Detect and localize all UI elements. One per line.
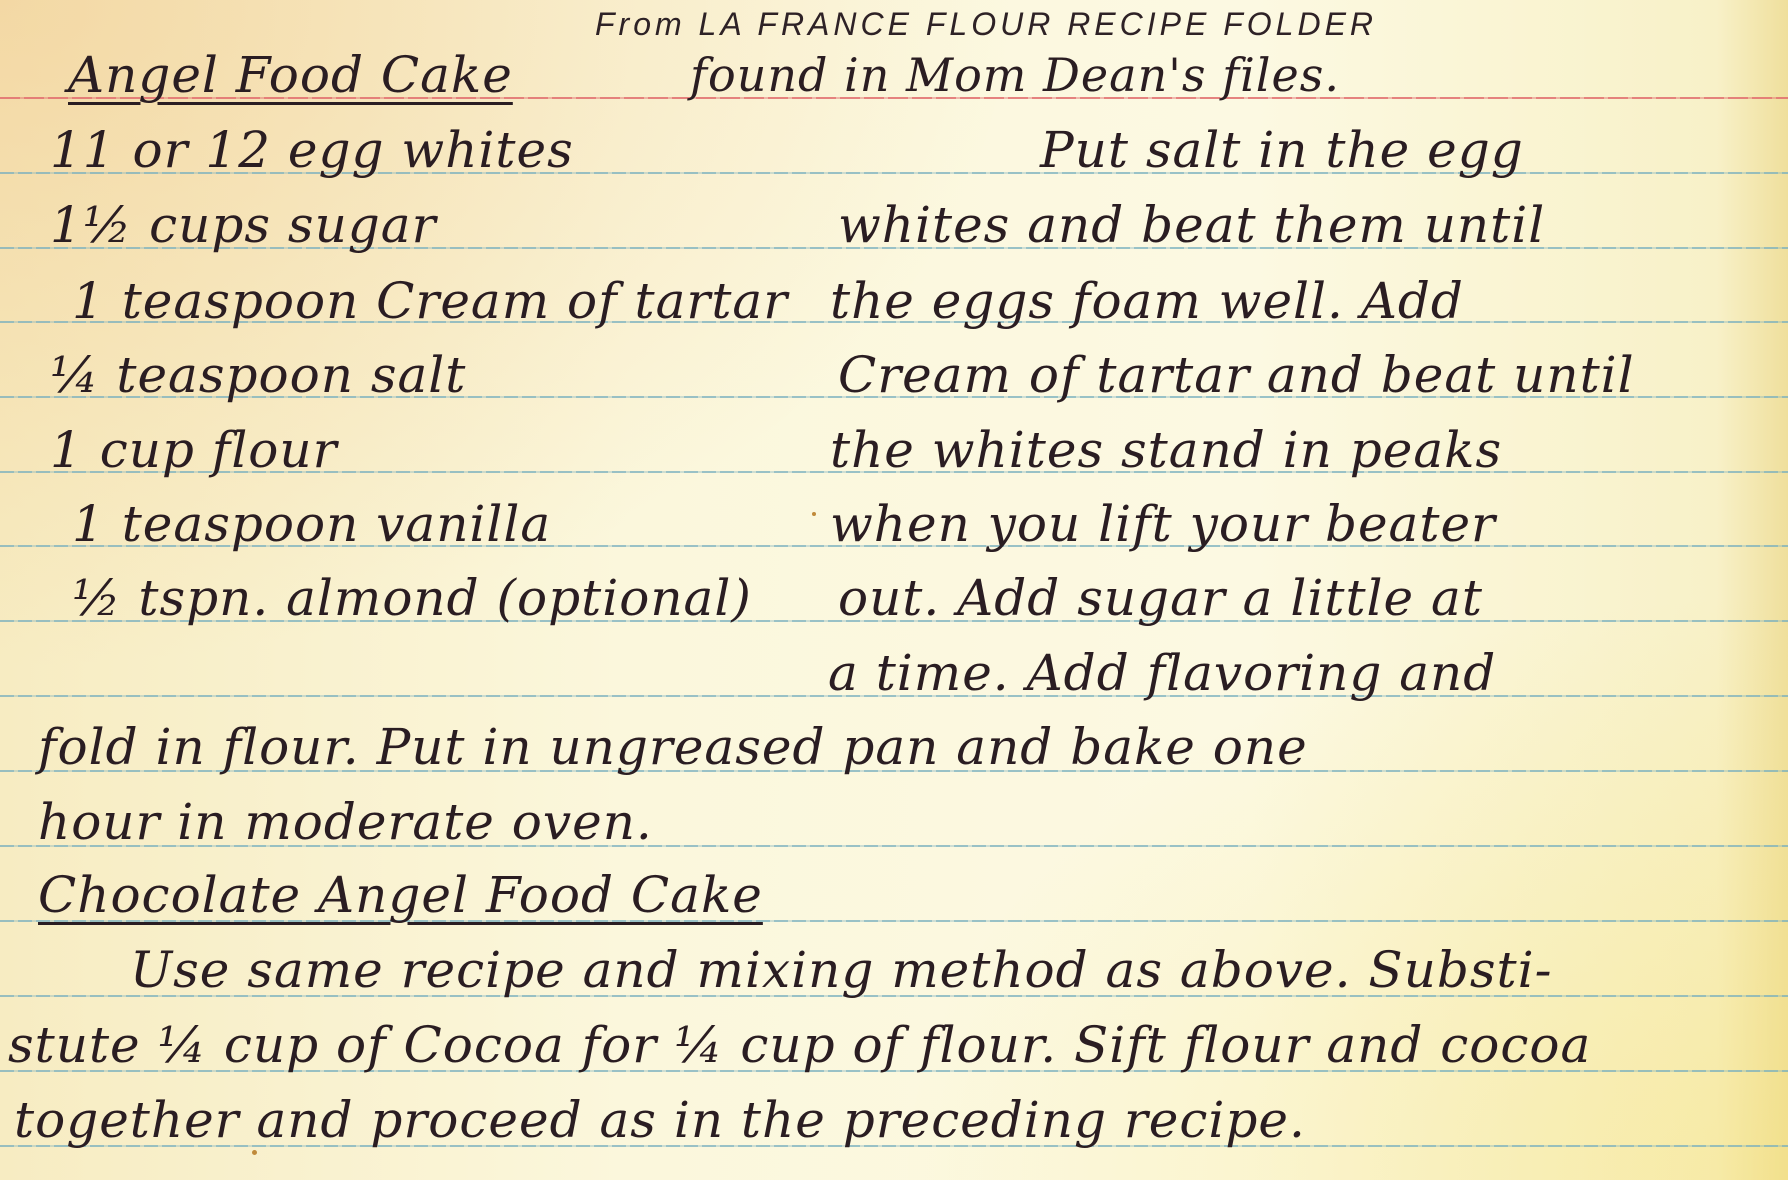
- directions-line: Use same recipe and mixing method as abo…: [130, 945, 1553, 995]
- source-note-line-2: found in Mom Dean's files.: [690, 52, 1340, 98]
- directions-line: Put salt in the egg: [1040, 125, 1524, 175]
- recipe-card: From LA FRANCE FLOUR RECIPE FOLDER found…: [0, 0, 1788, 1180]
- paper-stain: [812, 512, 816, 516]
- ingredient-line: ½ tspn. almond (optional): [72, 573, 752, 623]
- directions-line: the whites stand in peaks: [830, 425, 1502, 475]
- recipe-title-chocolate-angel-food-cake: Chocolate Angel Food Cake: [38, 870, 763, 920]
- ingredient-line: 11 or 12 egg whites: [50, 125, 574, 175]
- directions-line: together and proceed as in the preceding…: [14, 1095, 1306, 1145]
- directions-line: stute ¼ cup of Cocoa for ¼ cup of flour.…: [8, 1020, 1591, 1070]
- directions-line: fold in flour. Put in ungreased pan and …: [38, 722, 1308, 772]
- directions-line: a time. Add flavoring and: [828, 648, 1496, 698]
- directions-line: when you lift your beater: [830, 499, 1496, 549]
- recipe-title-angel-food-cake: Angel Food Cake: [68, 50, 513, 100]
- source-note-line-1: From LA FRANCE FLOUR RECIPE FOLDER: [595, 8, 1377, 40]
- directions-line: whites and beat them until: [838, 200, 1545, 250]
- directions-line: hour in moderate oven.: [38, 797, 653, 847]
- ingredient-line: 1 teaspoon vanilla: [72, 499, 551, 549]
- paper-stain: [252, 1150, 257, 1155]
- ingredient-line: 1½ cups sugar: [50, 200, 437, 250]
- directions-line: Cream of tartar and beat until: [838, 350, 1635, 400]
- ingredient-line: 1 cup flour: [50, 425, 338, 475]
- directions-line: the eggs foam well. Add: [830, 276, 1464, 326]
- ingredient-line: 1 teaspoon Cream of tartar: [72, 276, 788, 326]
- ingredient-line: ¼ teaspoon salt: [50, 350, 466, 400]
- directions-line: out. Add sugar a little at: [838, 573, 1483, 623]
